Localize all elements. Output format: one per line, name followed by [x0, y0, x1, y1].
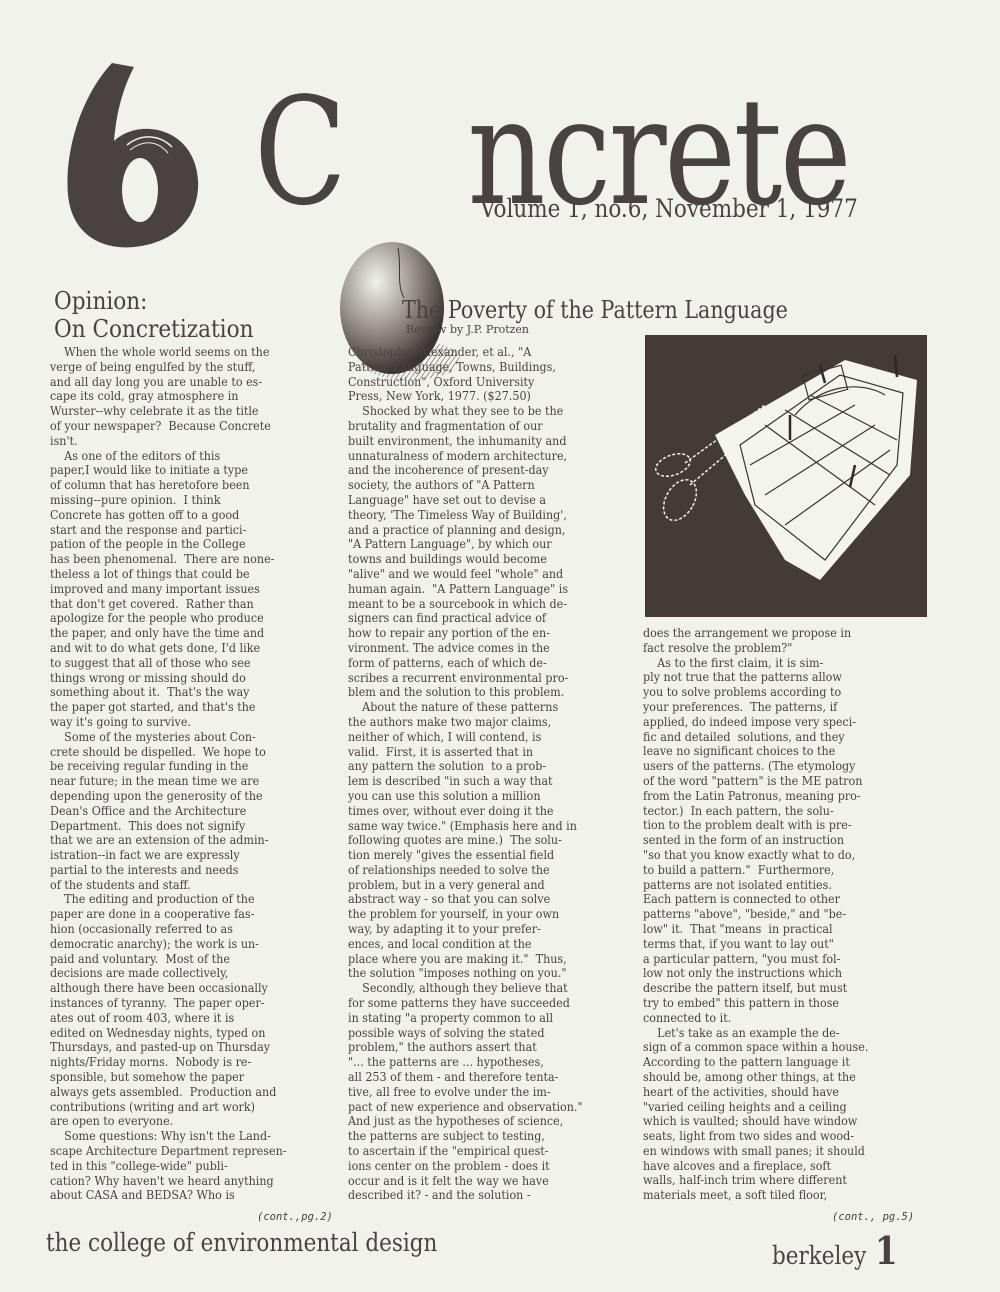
text-line: in stating "a property common to all	[348, 1011, 609, 1026]
text-line: connected to it.	[643, 1011, 904, 1026]
text-line: paper are done in a cooperative fas-	[50, 907, 311, 922]
text-line: are open to everyone.	[50, 1114, 311, 1129]
text-line: be receiving regular funding in the	[50, 759, 311, 774]
pinned-plan-with-scissors-icon	[645, 335, 927, 617]
text-line: Department. This does not signify	[50, 819, 311, 834]
text-line: Wurster--why celebrate it as the title	[50, 404, 311, 419]
text-line: your preferences. The patterns, if	[643, 700, 904, 715]
text-line: tive, all free to evolve under the im-	[348, 1085, 609, 1100]
text-line: depending upon the generosity of the	[50, 789, 311, 804]
text-line: the solution "imposes nothing on you."	[348, 966, 609, 981]
text-line: About the nature of these patterns	[348, 700, 609, 715]
text-line: Shocked by what they see to be the	[348, 404, 609, 419]
text-line: you to solve problems according to	[643, 685, 904, 700]
text-line: scribes a recurrent environmental pro-	[348, 671, 609, 686]
text-line: ted in this "college-wide" publi-	[50, 1159, 311, 1174]
text-line: something about it. That's the way	[50, 685, 311, 700]
text-line: although there have been occasionally	[50, 981, 311, 996]
text-line: neither of which, I will contend, is	[348, 730, 609, 745]
opinion-column: When the whole world seems on theverge o…	[50, 345, 340, 1203]
text-line: sented in the form of an instruction	[643, 833, 904, 848]
text-line: unnaturalness of modern architecture,	[348, 449, 609, 464]
text-line: the paper got started, and that's the	[50, 700, 311, 715]
text-line: always gets assembled. Production and	[50, 1085, 311, 1100]
text-line: "A Pattern Language", by which our	[348, 537, 609, 552]
text-line: meant to be a sourcebook in which de-	[348, 597, 609, 612]
text-line: and all day long you are unable to es-	[50, 375, 311, 390]
text-line: vironment. The advice comes in the	[348, 641, 609, 656]
text-line: problem, but in a very general and	[348, 878, 609, 893]
text-line: As one of the editors of this	[50, 449, 311, 464]
text-line: istration--in fact we are expressly	[50, 848, 311, 863]
text-line: ions center on the problem - does it	[348, 1159, 609, 1174]
text-line: Pattern Language, Towns, Buildings,	[348, 360, 609, 375]
opinion-title: On Concretization	[54, 315, 253, 343]
text-line: "... the patterns are ... hypotheses,	[348, 1055, 609, 1070]
text-line: you can use this solution a million	[348, 789, 609, 804]
text-line: patterns "above", "beside," and "be-	[643, 907, 904, 922]
text-line: to suggest that all of those who see	[50, 656, 311, 671]
text-line: Each pattern is connected to other	[643, 892, 904, 907]
text-line: same way twice." (Emphasis here and in	[348, 819, 609, 834]
text-line: any pattern the solution to a prob-	[348, 759, 609, 774]
text-line: to build a pattern." Furthermore,	[643, 863, 904, 878]
text-line: of your newspaper? Because Concrete	[50, 419, 311, 434]
text-line: the patterns are subject to testing,	[348, 1129, 609, 1144]
text-line: sign of a common space within a house.	[643, 1040, 904, 1055]
text-line: missing--pure opinion. I think	[50, 493, 311, 508]
text-line: patterns are not isolated entities.	[643, 878, 904, 893]
text-line: When the whole world seems on the	[50, 345, 311, 360]
text-line: place where you are making it." Thus,	[348, 952, 609, 967]
text-line: low" it. That "means in practical	[643, 922, 904, 937]
text-line: brutality and fragmentation of our	[348, 419, 609, 434]
continued-note-opinion: (cont.,pg.2)	[257, 1211, 333, 1223]
text-line: isn't.	[50, 434, 311, 449]
text-line: applied, do indeed impose very speci-	[643, 715, 904, 730]
text-line: things wrong or missing should do	[50, 671, 311, 686]
text-line: Christopher Alexander, et al., "A	[348, 345, 609, 360]
text-line: lem is described "in such a way that	[348, 774, 609, 789]
opinion-headline: Opinion: On Concretization	[54, 287, 253, 343]
review-byline: Review by J.P. Protzen	[406, 323, 529, 336]
text-line: problem," the authors assert that	[348, 1040, 609, 1055]
text-line: users of the patterns. (The etymology	[643, 759, 904, 774]
text-line: seats, light from two sides and wood-	[643, 1129, 904, 1144]
text-line: signers can find practical advice of	[348, 611, 609, 626]
text-line: leave no significant choices to the	[643, 744, 904, 759]
text-line: that we are an extension of the admin-	[50, 833, 311, 848]
text-line: form of patterns, each of which de-	[348, 656, 609, 671]
text-line: following quotes are mine.) The solu-	[348, 833, 609, 848]
text-line: times over, without ever doing it the	[348, 804, 609, 819]
text-line: ply not true that the patterns allow	[643, 670, 904, 685]
text-line: human again. "A Pattern Language" is	[348, 582, 609, 597]
text-line: "so that you know exactly what to do,	[643, 848, 904, 863]
text-line: edited on Wednesday nights, typed on	[50, 1026, 311, 1041]
text-line: start and the response and partici-	[50, 523, 311, 538]
review-headline: The Poverty of the Pattern Language	[402, 296, 788, 324]
newspaper-page: Cncrete Volume 1, no.6, November 1, 1977…	[0, 0, 1000, 1292]
text-line: built environment, the inhumanity and	[348, 434, 609, 449]
text-line: partial to the interests and needs	[50, 863, 311, 878]
text-line: way it's going to survive.	[50, 715, 311, 730]
text-line: fact resolve the problem?"	[643, 641, 904, 656]
text-line: tector.) In each pattern, the solu-	[643, 804, 904, 819]
text-line: Dean's Office and the Architecture	[50, 804, 311, 819]
text-line: improved and many important issues	[50, 582, 311, 597]
text-line: try to embed" this pattern in those	[643, 996, 904, 1011]
text-line: Secondly, although they believe that	[348, 981, 609, 996]
text-line: Concrete has gotten off to a good	[50, 508, 311, 523]
text-line: "varied ceiling heights and a ceiling	[643, 1100, 904, 1115]
text-line: and the incoherence of present-day	[348, 463, 609, 478]
text-line: Some questions: Why isn't the Land-	[50, 1129, 311, 1144]
text-line: and a practice of planning and design,	[348, 523, 609, 538]
text-line: cation? Why haven't we heard anything	[50, 1174, 311, 1189]
text-line: scape Architecture Department represen-	[50, 1144, 311, 1159]
text-line: of the word "pattern" is the ME patron	[643, 774, 904, 789]
text-line: for some patterns they have succeeded	[348, 996, 609, 1011]
text-line: According to the pattern language it	[643, 1055, 904, 1070]
text-line: ences, and local condition at the	[348, 937, 609, 952]
text-line: fic and detailed solutions, and they	[643, 730, 904, 745]
text-line: have alcoves and a fireplace, soft	[643, 1159, 904, 1174]
text-line: Let's take as an example the de-	[643, 1026, 904, 1041]
text-line: crete should be dispelled. We hope to	[50, 745, 311, 760]
text-line: cape its cold, gray atmosphere in	[50, 389, 311, 404]
page-number: 1	[875, 1228, 898, 1273]
text-line: possible ways of solving the stated	[348, 1026, 609, 1041]
text-line: paid and voluntary. Most of the	[50, 952, 311, 967]
text-line: a particular pattern, "you must fol-	[643, 952, 904, 967]
masthead-title-c: C	[254, 66, 344, 238]
text-line: instances of tyranny. The paper oper-	[50, 996, 311, 1011]
text-line: described it? - and the solution -	[348, 1188, 609, 1203]
text-line: "alive" and we would feel "whole" and	[348, 567, 609, 582]
text-line: society, the authors of "A Pattern	[348, 478, 609, 493]
text-line: how to repair any portion of the en-	[348, 626, 609, 641]
text-line: way, by adapting it to your prefer-	[348, 922, 609, 937]
text-line: pation of the people in the College	[50, 537, 311, 552]
text-line: and wit to do what gets done, I'd like	[50, 641, 311, 656]
text-line: describe the pattern itself, but must	[643, 981, 904, 996]
text-line: verge of being engulfed by the stuff,	[50, 360, 311, 375]
text-line: occur and is it felt the way we have	[348, 1174, 609, 1189]
text-line: en windows with small panes; it should	[643, 1144, 904, 1159]
text-line: apologize for the people who produce	[50, 611, 311, 626]
text-line: Thursdays, and pasted-up on Thursday	[50, 1040, 311, 1055]
continued-note-review: (cont., pg.5)	[832, 1211, 914, 1223]
text-line: Press, New York, 1977. ($27.50)	[348, 389, 609, 404]
text-line: blem and the solution to this problem.	[348, 685, 609, 700]
text-line: decisions are made collectively,	[50, 966, 311, 981]
text-line: contributions (writing and art work)	[50, 1100, 311, 1115]
text-line: to ascertain if the "empirical quest-	[348, 1144, 609, 1159]
text-line: of relationships needed to solve the	[348, 863, 609, 878]
text-line: pact of new experience and observation."	[348, 1100, 609, 1115]
text-line: tion to the problem dealt with is pre-	[643, 818, 904, 833]
footer-college-name: the college of environmental design	[46, 1228, 437, 1257]
text-line: abstract way - so that you can solve	[348, 892, 609, 907]
text-line: the paper, and only have the time and	[50, 626, 311, 641]
text-line: heart of the activities, should have	[643, 1085, 904, 1100]
text-line: the authors make two major claims,	[348, 715, 609, 730]
text-line: Construction", Oxford University	[348, 375, 609, 390]
review-column-1: Christopher Alexander, et al., "APattern…	[348, 345, 638, 1203]
text-line: And just as the hypotheses of science,	[348, 1114, 609, 1129]
review-column-2: does the arrangement we propose infact r…	[643, 626, 933, 1203]
volume-issue-date: Volume 1, no.6, November 1, 1977	[480, 194, 858, 223]
text-line: democratic anarchy); the work is un-	[50, 937, 311, 952]
text-line: nights/Friday morns. Nobody is re-	[50, 1055, 311, 1070]
opinion-kicker: Opinion:	[54, 287, 253, 315]
text-line: all 253 of them - and therefore tenta-	[348, 1070, 609, 1085]
text-line: Language" have set out to devise a	[348, 493, 609, 508]
text-line: does the arrangement we propose in	[643, 626, 904, 641]
text-line: theory, 'The Timeless Way of Building',	[348, 508, 609, 523]
text-line: valid. First, it is asserted that in	[348, 745, 609, 760]
text-line: should be, among other things, at the	[643, 1070, 904, 1085]
text-line: terms that, if you want to lay out"	[643, 937, 904, 952]
text-line: As to the first claim, it is sim-	[643, 656, 904, 671]
text-line: towns and buildings would become	[348, 552, 609, 567]
text-line: paper,I would like to initiate a type	[50, 463, 311, 478]
text-line: has been phenomenal. There are none-	[50, 552, 311, 567]
text-line: of column that has heretofore been	[50, 478, 311, 493]
text-line: ates out of room 403, where it is	[50, 1011, 311, 1026]
text-line: from the Latin Patronus, meaning pro-	[643, 789, 904, 804]
text-line: about CASA and BEDSA? Who is	[50, 1188, 311, 1203]
text-line: near future; in the mean time we are	[50, 774, 311, 789]
text-line: which is vaulted; should have window	[643, 1114, 904, 1129]
text-line: hion (occasionally referred to as	[50, 922, 311, 937]
text-line: sponsible, but somehow the paper	[50, 1070, 311, 1085]
text-line: the problem for yourself, in your own	[348, 907, 609, 922]
text-line: that don't get covered. Rather than	[50, 597, 311, 612]
text-line: materials meet, a soft tiled floor,	[643, 1188, 904, 1203]
text-line: theless a lot of things that could be	[50, 567, 311, 582]
text-line: of the students and staff.	[50, 878, 311, 893]
footer-location: berkeley1	[772, 1228, 898, 1273]
footer-city: berkeley	[772, 1241, 866, 1270]
text-line: Some of the mysteries about Con-	[50, 730, 311, 745]
text-line: tion merely "gives the essential field	[348, 848, 609, 863]
text-line: low not only the instructions which	[643, 966, 904, 981]
brush-six-icon	[42, 55, 212, 250]
text-line: walls, half-inch trim where different	[643, 1173, 904, 1188]
text-line: The editing and production of the	[50, 892, 311, 907]
